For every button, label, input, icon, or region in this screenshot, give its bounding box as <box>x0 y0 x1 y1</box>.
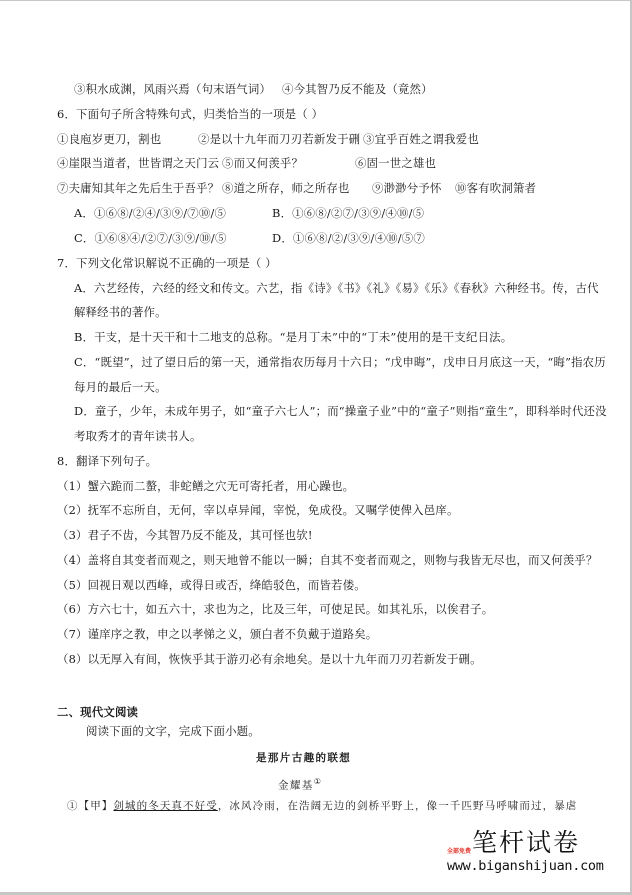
q7-option-c-line1: C．“既望”，过了望日后的第一天，通常指农历每月十六日；“戊申晦”，戊申日月底这… <box>74 355 606 369</box>
q6-sentence-6: ⑥固一世之雄也 <box>355 156 436 170</box>
paragraph-text: ，冰风冷雨，在浩阔无边的剑桥平野上，像一千匹野马呼啸而过，暴虐 <box>218 800 578 812</box>
q6-sentence-2: ②是以十九年而刀刃若新发于硎 <box>198 132 360 146</box>
q5-option-d: ④今其智乃反不能及（竟然） <box>282 82 433 96</box>
q7-option-a-line1: A．六艺经传，六经的经文和传文。六艺，指《诗》《书》《礼》《易》《乐》《春秋》六… <box>74 281 599 295</box>
q6-sentence-1: ①良庖岁更刀，割也 <box>57 132 161 146</box>
q8-item-8: （8）以无厚入有间，恢恢乎其于游刃必有余地矣。是以十九年而刀刃若新发于硎。 <box>57 652 482 666</box>
watermark-url: www.biganshijuan.com <box>447 858 604 874</box>
q7-stem: 7．下列文化常识解说不正确的一项是（ ） <box>57 256 277 270</box>
q6-sentence-4: ④崖限当道者，世皆谓之天门云 <box>57 156 219 170</box>
author-footnote-mark: ① <box>314 777 323 786</box>
watermark-title: 笔杆试卷 <box>472 828 580 858</box>
paragraph-marker: ①【甲】 <box>67 800 113 812</box>
q6-sentence-7: ⑦夫庸知其年之先后生于吾乎？ <box>57 181 219 195</box>
q7-option-c-line2: 每月的最后一天。 <box>74 380 167 394</box>
author-name: 金耀基 <box>278 780 314 792</box>
q8-item-5: （5）回视日观以西峰，或得日或否，绛皓驳色，而皆若偻。 <box>57 578 366 592</box>
q6-sentence-8: ⑧道之所存，师之所存也 <box>222 181 350 195</box>
article-author: 金耀基① <box>278 775 322 793</box>
q8-item-7: （7）谨庠序之教，申之以孝悌之义，颁白者不负戴于道路矣。 <box>57 627 377 641</box>
page-frame-top <box>0 0 632 1</box>
q5-option-c: ③积水成渊，风雨兴焉（句末语气词） <box>74 82 271 96</box>
article-paragraph-1: ①【甲】剑城的冬天真不好受，冰风冷雨，在浩阔无边的剑桥平野上，像一千匹野马呼啸而… <box>67 799 577 813</box>
q8-stem: 8．翻译下列句子。 <box>57 454 157 468</box>
q8-item-4: （4）盖将自其变者而观之，则天地曾不能以一瞬；自其不变者而观之，则物与我皆无尽也… <box>57 553 598 567</box>
q6-sentence-9: ⑨渺渺兮予怀 <box>372 181 442 195</box>
q8-item-1: （1）蟹六跪而二螯，非蛇鳝之穴无可寄托者，用心躁也。 <box>57 479 354 493</box>
q7-option-d-line1: D．童子，少年，未成年男子，如“童子六七人”；而“操童子业”中的“童子”则指“童… <box>74 404 607 418</box>
q6-sentence-3: ③宜乎百姓之谓我爱也 <box>363 132 479 146</box>
q7-option-a-line2: 解释经书的著作。 <box>74 305 167 319</box>
q8-item-2: （2）抚军不忘所自，无何，宰以卓异闻，宰悦，免成役。又嘱学使俾入邑庠。 <box>57 503 459 517</box>
q8-item-6: （6）方六七十，如五六十，求也为之，比及三年，可使足民。如其礼乐，以俟君子。 <box>57 602 493 616</box>
watermark-logo: 笔杆试卷 全部免费 www.biganshijuan.com <box>440 828 626 890</box>
q6-option-b: B．①⑥⑧/②⑦/③⑨/④⑩/⑤ <box>272 206 424 220</box>
section-heading: 二、现代文阅读 <box>57 705 138 719</box>
q6-sentence-5: ⑤而又何羡乎？ <box>222 156 303 170</box>
q6-option-a: A．①⑥⑧/②④/③⑨/⑦⑩/⑤ <box>74 206 226 220</box>
q8-item-3: （3）君子不齿，今其智乃反不能及，其可怪也欤! <box>57 528 313 542</box>
section-instruction: 阅读下面的文字，完成下面小题。 <box>86 724 260 738</box>
q7-option-d-line2: 考取秀才的青年读书人。 <box>74 429 202 443</box>
q6-option-d: D．①⑥⑧/②/③⑨/④⑩/⑤⑦ <box>272 231 425 245</box>
q6-sentence-10: ⑩客有吹洞箫者 <box>455 181 536 195</box>
q7-option-b: B．干支，是十天干和十二地支的总称。“是月丁未”中的“丁未”使用的是干支纪日法。 <box>74 330 512 344</box>
article-title: 是那片古趣的联想 <box>256 751 351 765</box>
underlined-sentence: 剑城的冬天真不好受 <box>113 800 217 812</box>
watermark-badge: 全部免费 <box>447 846 471 855</box>
q6-stem: 6．下面句子所含特殊句式，归类恰当的一项是（ ） <box>57 107 323 121</box>
q6-option-c: C．①⑥⑧④/②⑦/③⑨/⑩/⑤ <box>74 231 227 245</box>
